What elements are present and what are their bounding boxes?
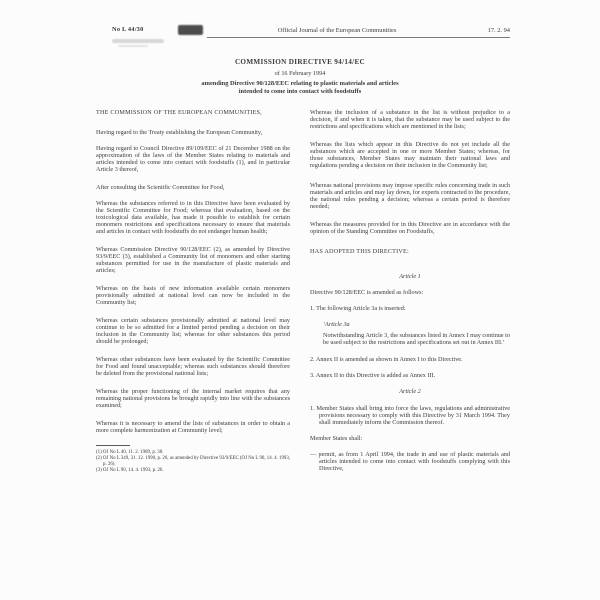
recital-committee: After consulting the Scientific Committe…: [96, 184, 290, 191]
journal-date: 17. 2. 94: [466, 27, 510, 34]
whereas-paragraph: Whereas national provisions may impose s…: [310, 182, 510, 210]
whereas-paragraph: Whereas other substances have been evalu…: [96, 356, 290, 377]
article-1-item-3: 3. Annex II to this Directive is added a…: [310, 372, 510, 379]
whereas-paragraph: Whereas the substances referred to in th…: [96, 200, 290, 235]
ink-stamp-mark: [178, 25, 203, 35]
inserted-article-quote: ‘Article 3a Notwithstanding Article 3, t…: [323, 321, 510, 346]
whereas-paragraph: Whereas Commission Directive 90/128/EEC …: [96, 246, 290, 274]
footnote: (1) OJ No L 40, 11. 2. 1989, p. 38.: [96, 450, 290, 456]
article-2-paragraph-1: 1. Member States shall bring into force …: [310, 405, 510, 426]
commission-line: THE COMMISSION OF THE EUROPEAN COMMUNITI…: [96, 109, 290, 116]
whereas-paragraph: Whereas on the basis of new information …: [96, 285, 290, 306]
article-1-heading: Article 1: [310, 273, 510, 280]
directive-title: COMMISSION DIRECTIVE 94/14/EC: [0, 58, 600, 66]
directive-subtitle: amending Directive 90/128/EEC relating t…: [192, 80, 408, 95]
footnote: (3) OJ No L 90, 14. 4. 1993, p. 26.: [96, 468, 290, 474]
article-1-item-2: 2. Annex II is amended as shown in Annex…: [310, 356, 510, 363]
journal-issue-label: No L 44/30: [112, 26, 143, 33]
adoption-clause: HAS ADOPTED THIS DIRECTIVE:: [310, 248, 510, 255]
quoted-article-heading: ‘Article 3a: [323, 321, 510, 328]
whereas-paragraph: Whereas the lists which appear in this D…: [310, 141, 510, 169]
article-2-heading: Article 2: [310, 388, 510, 395]
article-1-item-1: 1. The following Article 3a is inserted:: [310, 305, 510, 312]
page-scan-area: No L 44/30 Official Journal of the Europ…: [0, 0, 600, 600]
whereas-paragraph: Whereas certain substances provisionally…: [96, 317, 290, 345]
journal-title: Official Journal of the European Communi…: [207, 27, 467, 34]
article-2-label: Member States shall:: [310, 435, 510, 442]
footnote: (2) OJ No L 349, 31. 12. 1990, p. 26, as…: [96, 456, 290, 467]
footnotes: (1) OJ No L 40, 11. 2. 1989, p. 38. (2) …: [96, 450, 290, 474]
whereas-paragraph: Whereas it is necessary to amend the lis…: [96, 420, 290, 434]
recital-treaty: Having regard to the Treaty establishing…: [96, 129, 290, 136]
header-rule: [207, 37, 510, 38]
article-1-intro: Directive 90/128/EEC is amended as follo…: [310, 289, 510, 296]
article-2-indent-1: — permit, as from 1 April 1994, the trad…: [310, 451, 510, 472]
whereas-paragraph: Whereas the proper functioning of the in…: [96, 388, 290, 409]
directive-date: of 16 February 1994: [0, 70, 600, 77]
footnote-rule: [96, 445, 130, 446]
stamp-smudge-2: [118, 45, 148, 47]
recital-council-directive: Having regard to Council Directive 89/10…: [96, 145, 290, 173]
quoted-article-body: Notwithstanding Article 3, the substance…: [323, 332, 510, 346]
right-column: Whereas the inclusion of a substance in …: [310, 106, 510, 480]
scanned-document-page: No L 44/30 Official Journal of the Europ…: [0, 0, 600, 600]
whereas-paragraph: Whereas the measures provided for in thi…: [310, 221, 510, 235]
whereas-paragraph: Whereas the inclusion of a substance in …: [310, 109, 510, 130]
left-column: THE COMMISSION OF THE EUROPEAN COMMUNITI…: [96, 106, 290, 474]
stamp-smudge: [112, 39, 164, 43]
